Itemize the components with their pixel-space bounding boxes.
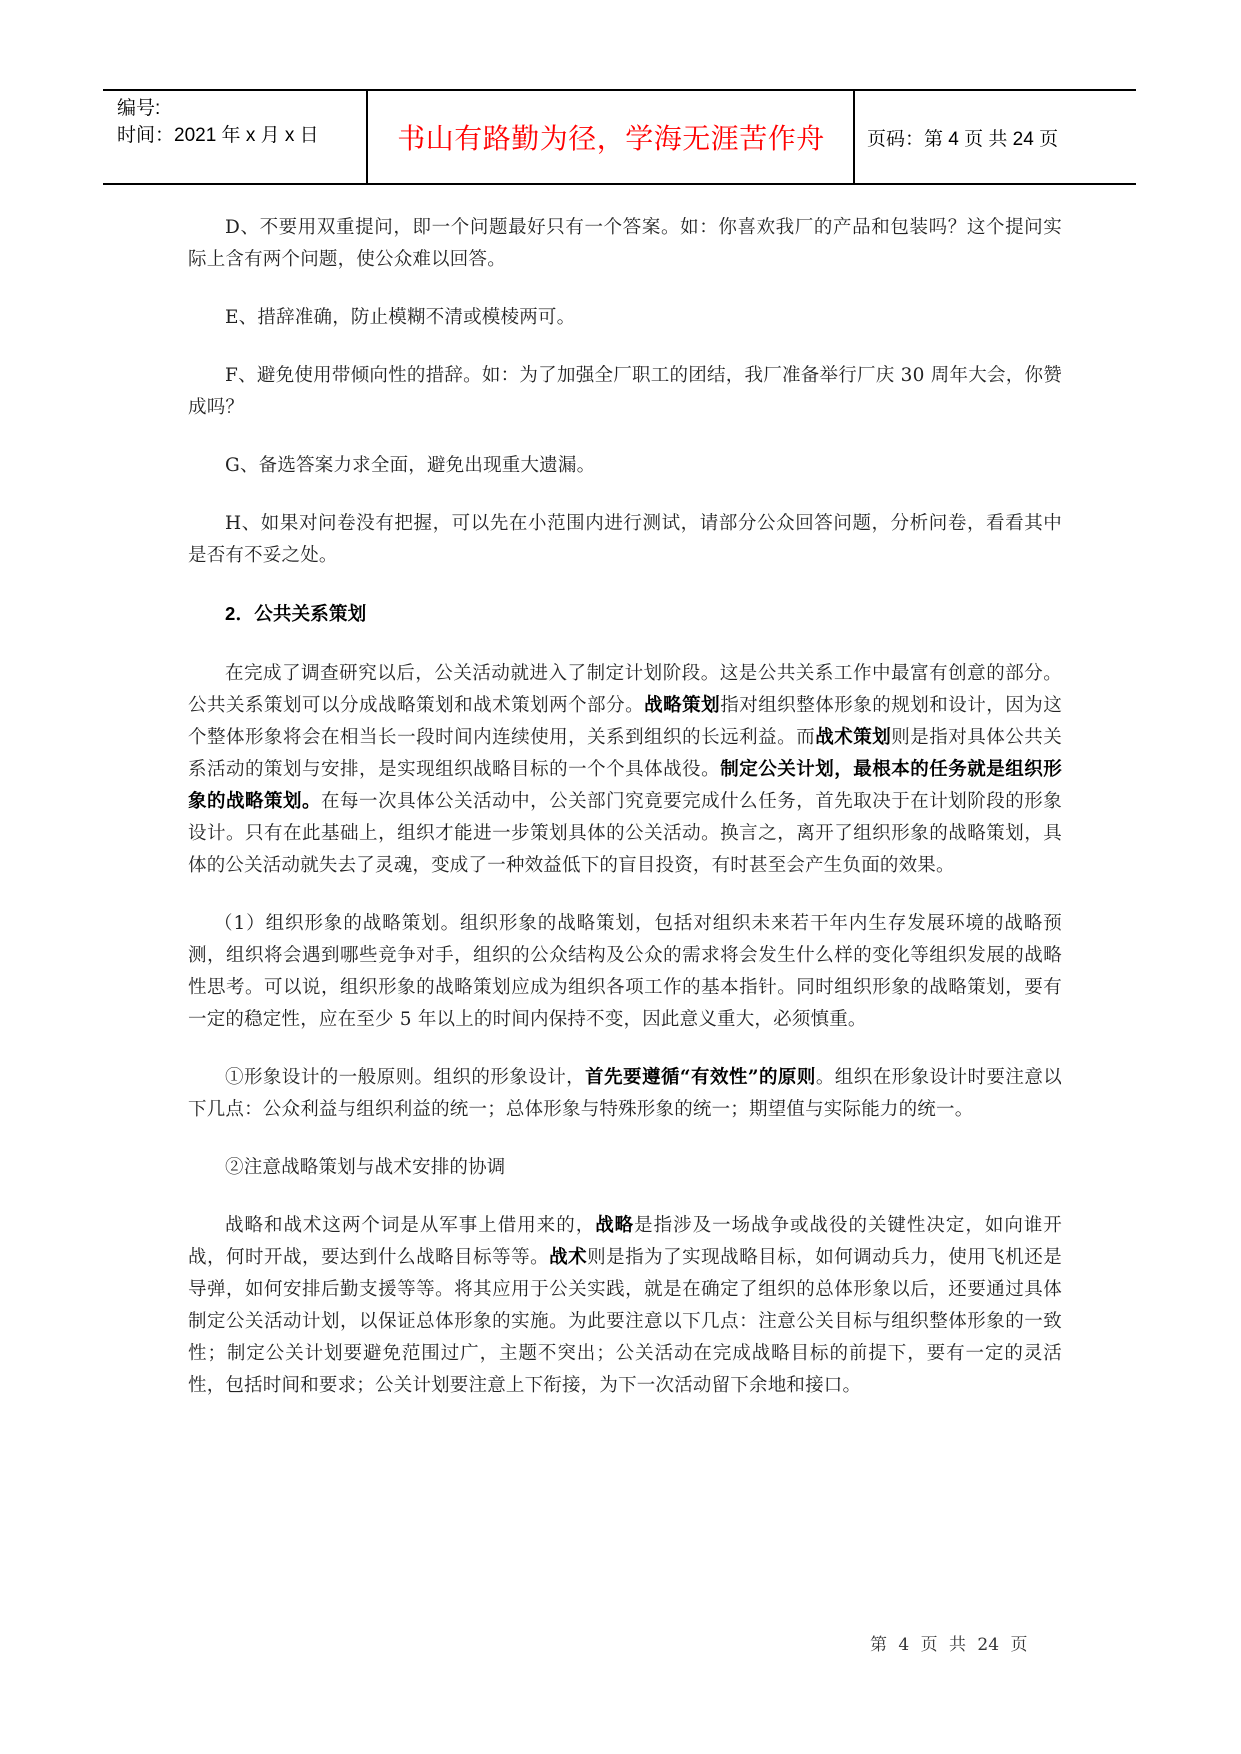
list-item-e: E、措辞准确，防止模糊不清或模棱两可。	[188, 302, 1062, 334]
header-meta: 编号: 时间：2021 年 x 月 x 日	[117, 95, 362, 149]
paragraph-planning-intro: 在完成了调查研究以后，公关活动就进入了制定计划阶段。这是公共关系工作中最富有创意…	[188, 658, 1062, 882]
list-item-f: F、避免使用带倾向性的措辞。如：为了加强全厂职工的团结，我厂准备举行厂庆 30 …	[188, 360, 1062, 424]
bold-term: 战术策划	[815, 727, 891, 748]
paragraph-strategy-tactics: 战略和战术这两个词是从军事上借用来的，战略是指涉及一场战争或战役的关键性决定，如…	[188, 1210, 1062, 1402]
document-body: D、不要用双重提问，即一个问题最好只有一个答案。如：你喜欢我厂的产品和包装吗？这…	[188, 212, 1062, 1428]
bold-term: 战术	[549, 1247, 587, 1268]
document-time-label: 时间：2021 年 x 月 x 日	[117, 122, 362, 149]
text-span: 战略和战术这两个词是从军事上借用来的，	[225, 1215, 595, 1236]
section-heading: 2．公共关系策划	[188, 598, 1062, 630]
document-number-label: 编号:	[117, 95, 362, 122]
bold-term: 战略策划	[644, 695, 720, 716]
text-span: ①形象设计的一般原则。组织的形象设计，	[225, 1067, 585, 1088]
header-divider	[853, 91, 855, 183]
page-footer: 第 4 页 共 24 页	[870, 1630, 1027, 1655]
bold-term: 战略	[595, 1215, 634, 1236]
list-item-h: H、如果对问卷没有把握，可以先在小范围内进行测试，请部分公众回答问题，分析问卷，…	[188, 508, 1062, 572]
paragraph-strategic-planning: （1）组织形象的战略策划。组织形象的战略策划，包括对组织未来若干年内生存发展环境…	[188, 908, 1062, 1036]
header-motto: 书山有路勤为径，学海无涯苦作舟	[368, 91, 854, 183]
text-span: 则是指为了实现战略目标，如何调动兵力，使用飞机还是导弹，如何安排后勤支援等等。将…	[188, 1247, 1062, 1396]
list-item-d: D、不要用双重提问，即一个问题最好只有一个答案。如：你喜欢我厂的产品和包装吗？这…	[188, 212, 1062, 276]
paragraph-design-principles: ①形象设计的一般原则。组织的形象设计，首先要遵循“有效性”的原则。组织在形象设计…	[188, 1062, 1062, 1126]
list-item-g: G、备选答案力求全面，避免出现重大遗漏。	[188, 450, 1062, 482]
header-page-number: 页码：第 4 页 共 24 页	[867, 91, 1058, 183]
paragraph-coordination-heading: ②注意战略策划与战术安排的协调	[188, 1152, 1062, 1184]
bold-statement: 首先要遵循“有效性”的原则	[585, 1067, 816, 1088]
page-header-table: 编号: 时间：2021 年 x 月 x 日 书山有路勤为径，学海无涯苦作舟 页码…	[103, 89, 1136, 185]
